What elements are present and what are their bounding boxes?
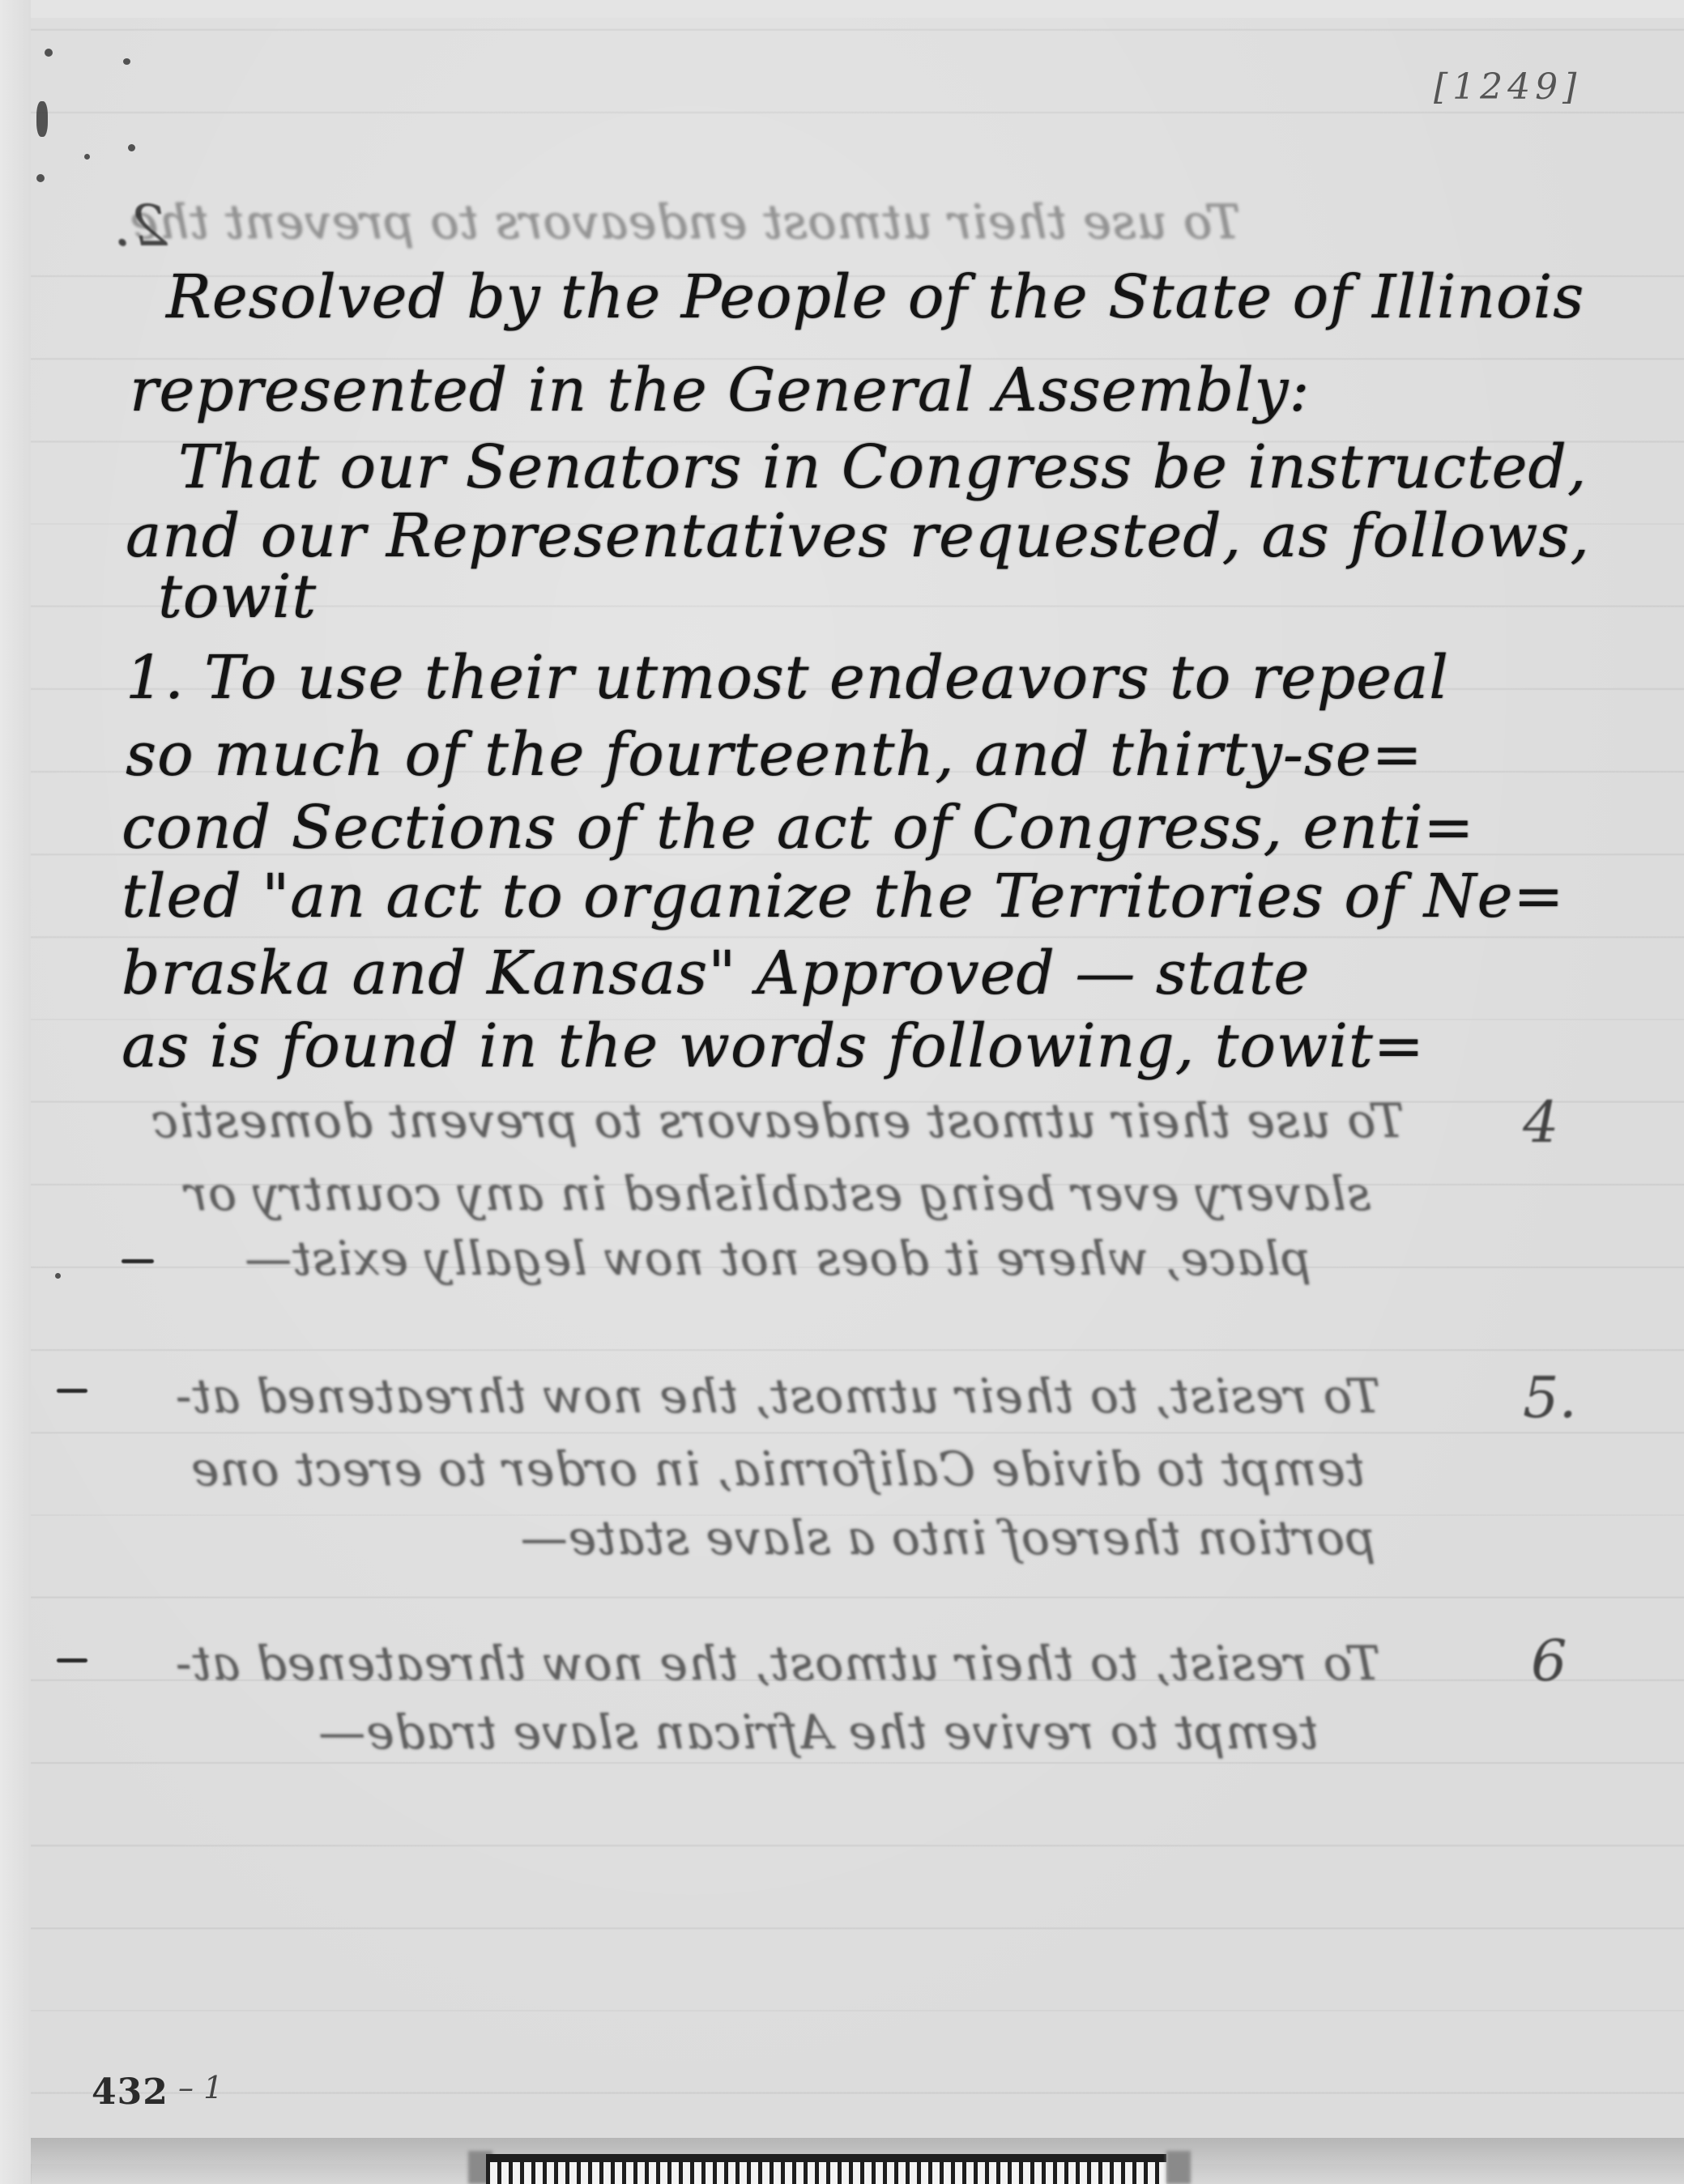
bleed-through-item-2: To use their utmost endeavors to prevent… [130,194,1628,249]
item-1-line-4: tled "an act to organize the Territories… [122,866,1564,926]
bleed-through-number: 4 [1523,1089,1559,1156]
calibration-ruler [486,2154,1166,2184]
folio-stamp: [1249] [1434,66,1581,108]
ink-speck [123,58,130,65]
ink-speck [45,49,53,57]
bleed-through-item-5-line-3: portion thereof into a slave state— [389,1510,1507,1565]
item-1-line-6: as is found in the words following, towi… [122,1016,1425,1076]
resolution-line-2: represented in the General Assembly: [130,360,1310,420]
bleed-through-item-6-line-2: tempt to revive the African slave trade— [130,1705,1507,1760]
resolution-line-5: towit [158,567,317,627]
bleed-through-number: 6 [1531,1628,1567,1694]
page-number: 432 [92,2071,168,2113]
scanner-top-strip [31,0,1684,19]
ink-speck [36,101,48,137]
scanner-edge [0,0,32,2184]
bleed-through-item-5-line-2: tempt to divide California, in order to … [49,1441,1507,1496]
margin-dash [57,1389,87,1393]
item-1-line-1: 1. To use their utmost endeavors to repe… [126,648,1449,708]
bleed-through-item-4-line-1: To use their utmost endeavors to prevent… [49,1093,1507,1148]
bleed-through-number: 2. [113,193,168,259]
margin-dash [122,1259,154,1263]
bleed-through-item-4-line-3: place, where it does not now legally exi… [49,1231,1507,1286]
ink-speck [128,144,135,151]
ruler-right-cap [1166,2151,1191,2184]
bleed-through-line: To use their utmost endeavors to prevent… [130,194,1241,249]
item-1-line-2: so much of the fourteenth, and thirty-se… [126,725,1423,785]
ink-speck [84,154,90,160]
margin-dash [57,1658,87,1662]
bleed-through-item-5-line-1: To resist, to their utmost, the now thre… [49,1369,1507,1424]
bleed-through-number: 5. [1523,1364,1577,1431]
item-1-line-5: braska and Kansas" Approved — state [122,943,1310,1003]
resolution-line-4: and our Representatives requested, as fo… [126,506,1590,566]
resolution-line-1: Resolved by the People of the State of I… [166,267,1584,327]
bleed-through-item-6-line-1: To resist, to their utmost, the now thre… [49,1636,1507,1691]
manuscript-page [31,18,1684,2164]
resolution-line-3: That our Senators in Congress be instruc… [178,437,1587,497]
item-1-line-3: cond Sections of the act of Congress, en… [122,798,1474,858]
ink-speck [36,174,45,182]
page-number-suffix: – 1 [178,2070,223,2105]
bleed-through-item-4-line-2: slavery ever being established in any co… [49,1166,1507,1221]
